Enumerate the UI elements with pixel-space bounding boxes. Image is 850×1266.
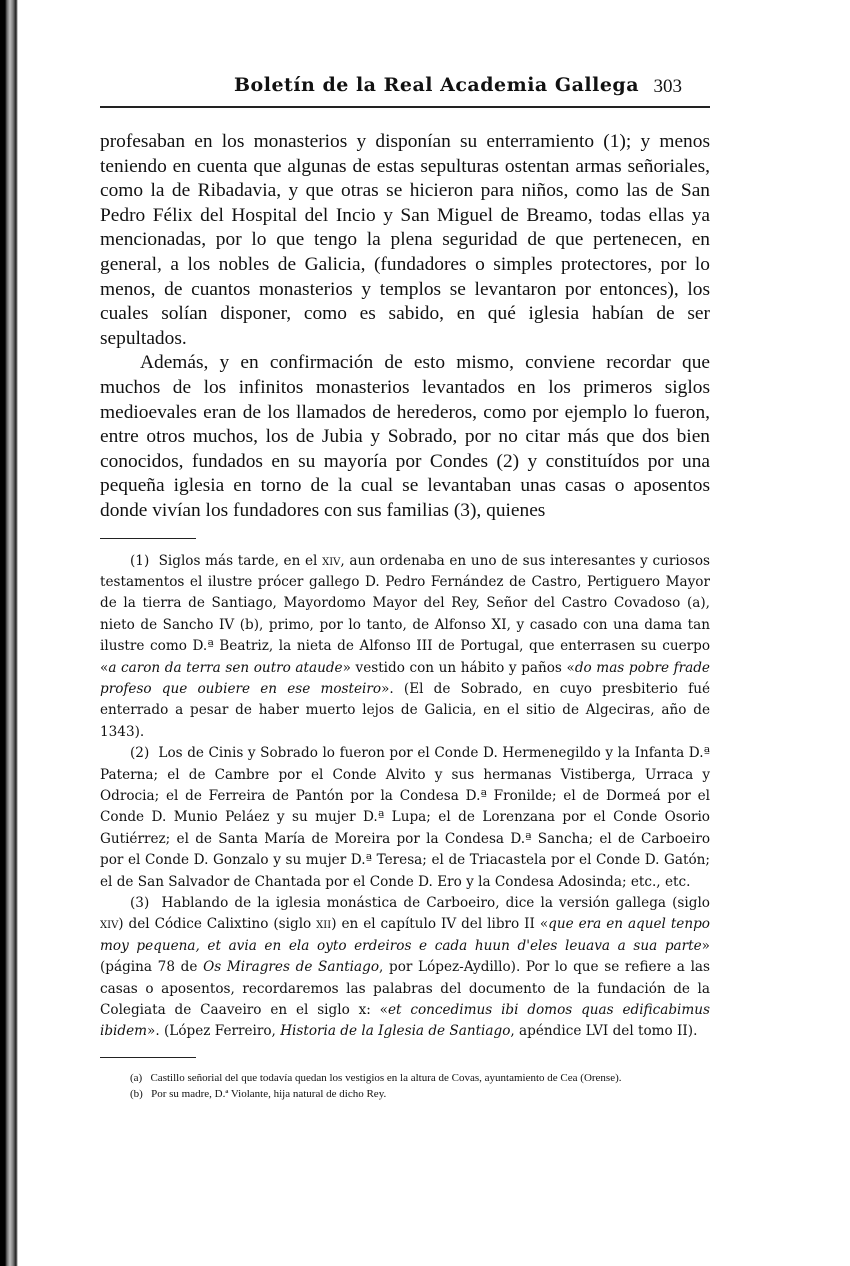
subnote: (b) Por su madre, D.ª Violante, hija nat… xyxy=(100,1086,710,1102)
footnote: (3) Hablando de la iglesia monástica de … xyxy=(100,893,710,1043)
subnote-text: Castillo señorial del que todavía quedan… xyxy=(150,1072,621,1084)
page: Boletín de la Real Academia Gallega 303 … xyxy=(100,72,710,1102)
page-number: 303 xyxy=(654,76,683,98)
footnotes: (1) Siglos más tarde, en el xiv, aun ord… xyxy=(100,551,710,1043)
footnote-text: a caron da terra sen outro ataude xyxy=(108,660,342,676)
running-title: Boletín de la Real Academia Gallega xyxy=(234,74,639,96)
footnote-text: , apéndice LVI del tomo II). xyxy=(510,1023,697,1039)
footnote-text: » vestido con un hábito y paños « xyxy=(343,660,575,676)
footnote-text: xii xyxy=(316,916,331,932)
footnote: (2) Los de Cinis y Sobrado lo fueron por… xyxy=(100,743,710,893)
footnote-text: Historia de la Iglesia de Santiago xyxy=(280,1023,510,1039)
book-binding-edge xyxy=(0,0,18,1266)
footnote-text: , aun ordenaba en uno de sus interesante… xyxy=(100,553,710,676)
footnote-text: Los de Cinis y Sobrado lo fueron por el … xyxy=(100,745,710,889)
footnote-text: Siglos más tarde, en el xyxy=(159,553,322,569)
subnote-marker: (b) xyxy=(130,1088,143,1100)
body-paragraph: profesaban en los monasterios y disponía… xyxy=(100,130,710,351)
footnote-text: Hablando de la iglesia monástica de Carb… xyxy=(162,895,711,911)
footnote-text: Os Miragres de Santiago xyxy=(203,959,379,975)
body-paragraph: Además, y en confirmación de esto mismo,… xyxy=(100,351,710,523)
footnote-marker: (2) xyxy=(130,745,158,761)
footnote-divider xyxy=(100,538,196,539)
subnote-text: Por su madre, D.ª Violante, hija natural… xyxy=(151,1088,386,1100)
footnote-text: ) del Códice Calixtino (siglo xyxy=(118,916,316,932)
footnote-text: ) en el capítulo IV del libro II « xyxy=(331,916,548,932)
footnote-marker: (1) xyxy=(130,553,159,569)
subnotes: (a) Castillo señorial del que todavía qu… xyxy=(100,1070,710,1102)
subnote: (a) Castillo señorial del que todavía qu… xyxy=(100,1070,710,1086)
running-header: Boletín de la Real Academia Gallega 303 xyxy=(100,72,710,108)
footnote-text: ». (López Ferreiro, xyxy=(147,1023,280,1039)
footnote-text: xiv xyxy=(100,916,118,932)
footnote-marker: (3) xyxy=(130,895,162,911)
body-text: profesaban en los monasterios y disponía… xyxy=(100,130,710,524)
subnote-divider xyxy=(100,1057,196,1058)
subnote-marker: (a) xyxy=(130,1072,142,1084)
footnote: (1) Siglos más tarde, en el xiv, aun ord… xyxy=(100,551,710,744)
footnote-text: xiv xyxy=(322,553,340,569)
